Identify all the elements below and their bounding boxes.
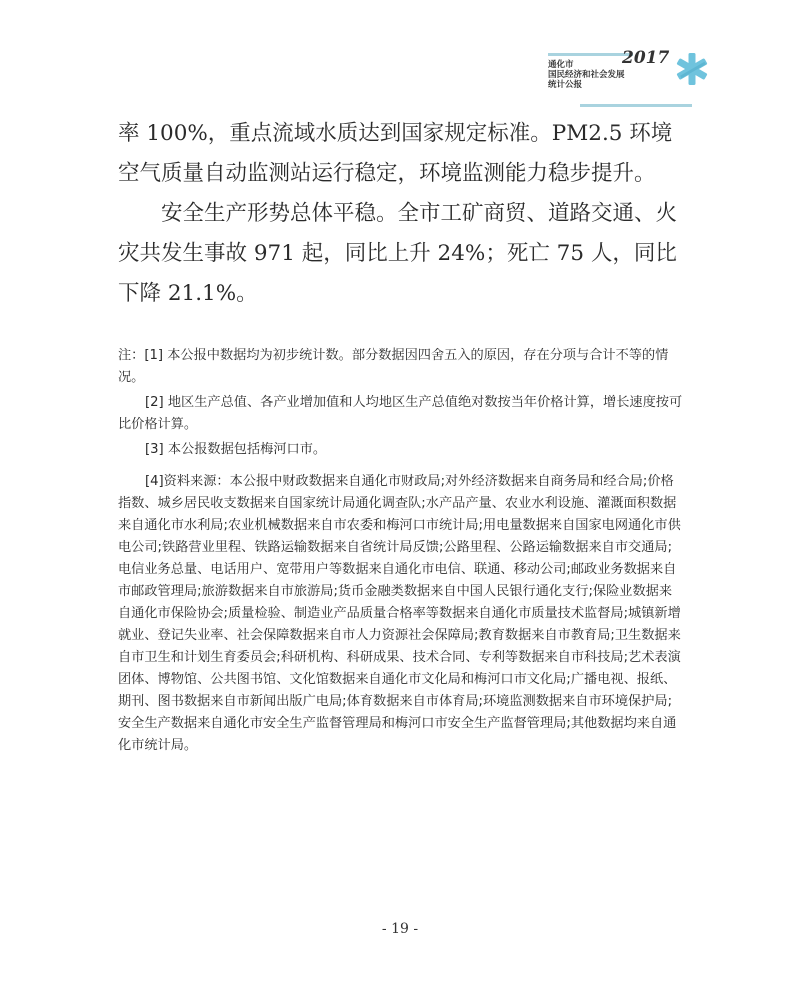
notes-section: 注：[1] 本公报中数据均为初步统计数。部分数据因四舍五入的原因，存在分项与合计…: [118, 345, 684, 757]
paragraph-text: 率 100%，重点流域水质达到国家规定标准。PM2.5 环境空气质量自动监测站运…: [118, 114, 684, 194]
note-4-data-sources: [4]资料来源：本公报中财政数据来自通化市财政局;对外经济数据来自商务局和经合局…: [118, 471, 684, 757]
note-3: [3] 本公报数据包括梅河口市。: [118, 439, 684, 461]
logo-bottom-bar: [580, 104, 692, 107]
note-1: 注：[1] 本公报中数据均为初步统计数。部分数据因四舍五入的原因，存在分项与合计…: [118, 345, 684, 389]
note-2: [2] 地区生产总值、各产业增加值和人均地区生产总值绝对数按当年价格计算，增长速…: [118, 392, 684, 436]
logo-title-line3: 统计公报: [548, 80, 582, 90]
logo-title-line2: 国民经济和社会发展: [548, 70, 625, 80]
body-paragraph-safety: 安全生产形势总体平稳。全市工矿商贸、道路交通、火灾共发生事故 971 起，同比上…: [118, 194, 684, 314]
paragraph-text: 安全生产形势总体平稳。全市工矿商贸、道路交通、火灾共发生事故 971 起，同比上…: [118, 194, 684, 314]
asterisk-star-icon: [674, 51, 710, 87]
logo-top-bar: [548, 53, 633, 56]
logo-year: 2017: [622, 48, 669, 68]
page-number: - 19 -: [0, 921, 800, 937]
logo-title-line1: 通化市: [548, 60, 574, 70]
bulletin-logo: 2017 通化市 国民经济和社会发展 统计公报: [548, 48, 698, 98]
document-page: 2017 通化市 国民经济和社会发展 统计公报 率 100%，重点流域水质达到国…: [0, 0, 800, 1000]
body-paragraph-environment: 率 100%，重点流域水质达到国家规定标准。PM2.5 环境空气质量自动监测站运…: [118, 114, 684, 194]
